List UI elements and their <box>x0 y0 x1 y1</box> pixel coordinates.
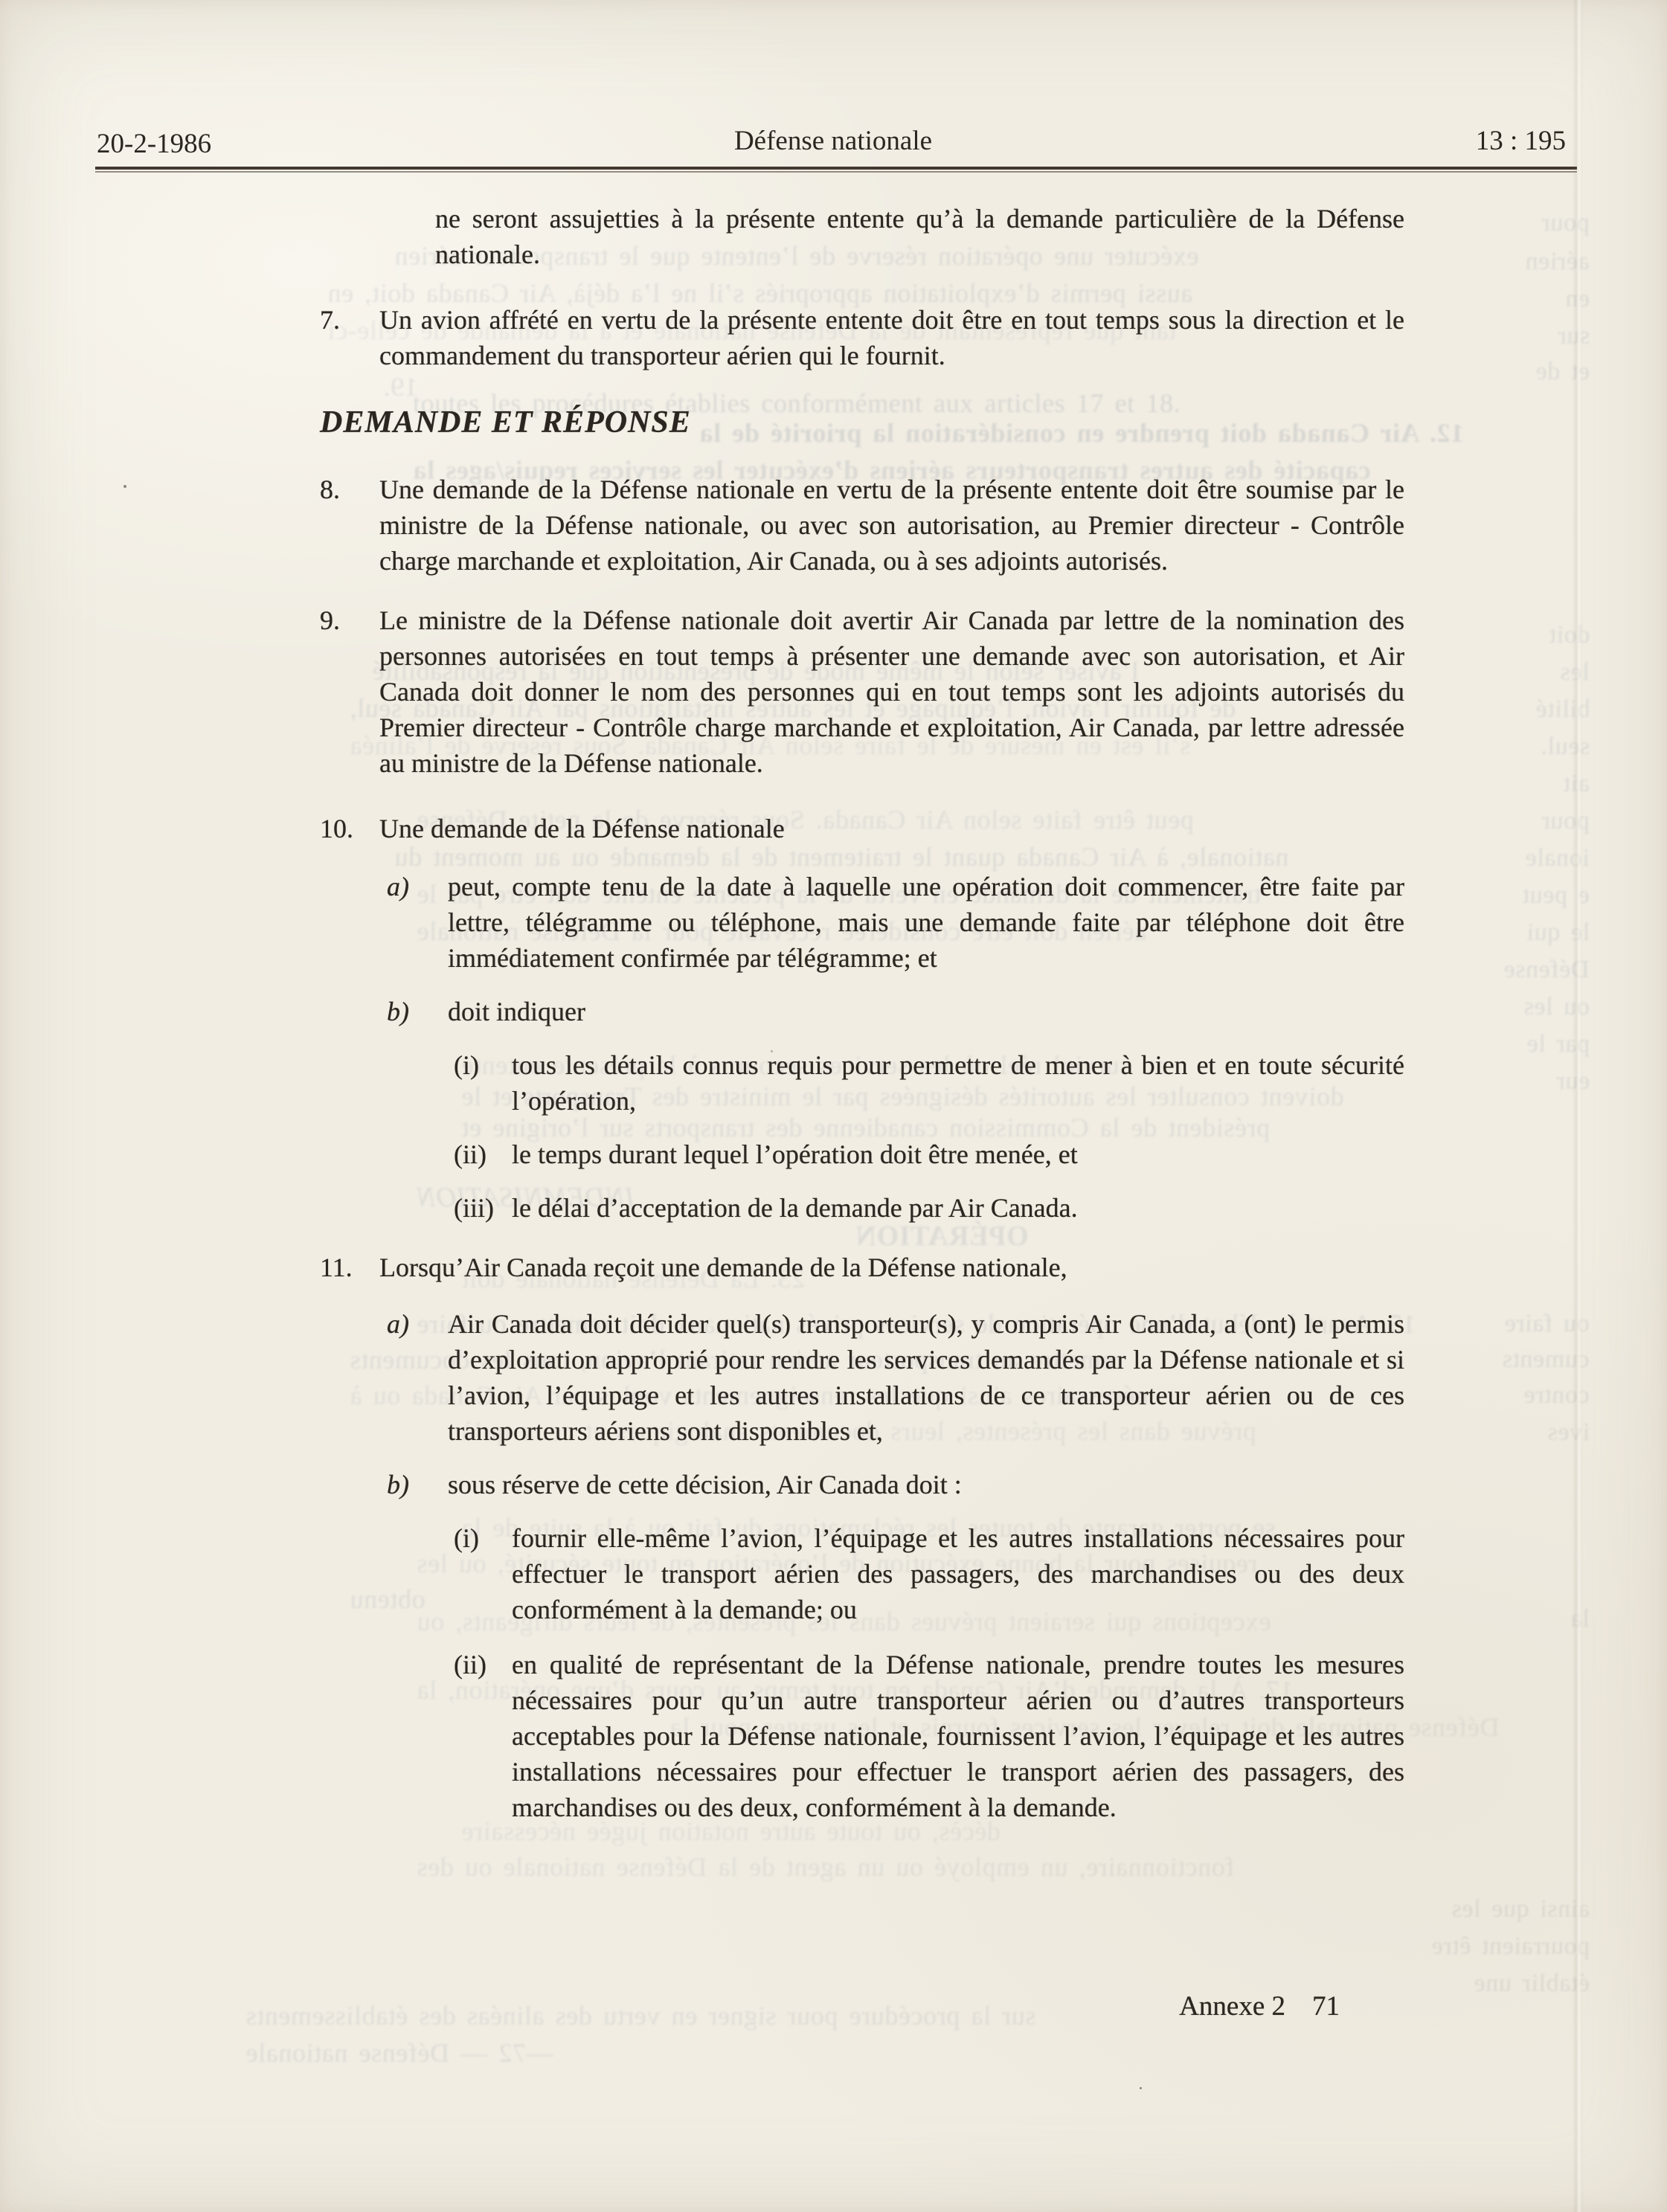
paragraph-text: Un avion affrété en vertu de la présente… <box>379 302 1404 373</box>
clause-marker: b) <box>387 1467 448 1502</box>
paragraph-10: 10. Une demande de la Défense nationale <box>320 811 1404 846</box>
clause-marker: (i) <box>454 1047 512 1119</box>
paragraph-8: 8. Une demande de la Défense nationale e… <box>320 472 1404 579</box>
header-rule <box>95 167 1577 174</box>
clause-text: Air Canada doit décider quel(s) transpor… <box>448 1306 1404 1449</box>
clause-text: fournir elle-même l’avion, l’équipage et… <box>512 1520 1404 1627</box>
clause-text: tous les détails connus requis pour perm… <box>512 1047 1404 1119</box>
clause-text: sous réserve de cette décision, Air Cana… <box>448 1467 1404 1502</box>
clause-text: le temps durant lequel l’opération doit … <box>512 1136 1404 1172</box>
paragraph-number: 9. <box>320 602 379 781</box>
clause-marker: (ii) <box>454 1647 512 1825</box>
clause-text: doit indiquer <box>448 994 1404 1029</box>
clause-marker: (ii) <box>454 1136 512 1172</box>
printed-page-layer: 20-2-1986 Défense nationale 13 : 195 ne … <box>0 0 1667 2212</box>
clause-10b-i: (i) tous les détails connus requis pour … <box>454 1047 1404 1119</box>
clause-marker: a) <box>387 869 448 976</box>
clause-text: le délai d’acceptation de la demande par… <box>512 1190 1404 1226</box>
scanned-document-page: exécuter une opération réserve de l’ente… <box>0 0 1667 2212</box>
paragraph-number: 10. <box>320 811 379 846</box>
paragraph-text: Lorsqu’Air Canada reçoit une demande de … <box>379 1250 1404 1285</box>
page-number: 71 <box>1312 1990 1340 2022</box>
clause-text: peut, compte tenu de la date à laquelle … <box>448 869 1404 976</box>
paragraph-9: 9. Le ministre de la Défense nationale d… <box>320 602 1404 781</box>
paragraph-number: 7. <box>320 302 379 373</box>
clause-marker: (i) <box>454 1520 512 1627</box>
paragraph-number: 8. <box>320 472 379 579</box>
clause-text: en qualité de représentant de la Défense… <box>512 1647 1404 1825</box>
clause-marker: a) <box>387 1306 448 1449</box>
clause-11b-i: (i) fournir elle-même l’avion, l’équipag… <box>454 1520 1404 1627</box>
paragraph-text: Le ministre de la Défense nationale doit… <box>379 602 1404 781</box>
paragraph-7: 7. Un avion affrété en vertu de la prése… <box>320 302 1404 373</box>
paragraph-text: ne seront assujetties à la présente ente… <box>435 201 1404 272</box>
section-heading: DEMANDE ET RÉPONSE <box>320 403 1404 442</box>
clause-10b-ii: (ii) le temps durant lequel l’opération … <box>454 1136 1404 1172</box>
paragraph-number: 11. <box>320 1250 379 1285</box>
document-body: ne seront assujetties à la présente ente… <box>320 201 1404 1825</box>
clause-10a: a) peut, compte tenu de la date à laquel… <box>387 869 1404 976</box>
clause-10b: b) doit indiquer <box>387 994 1404 1029</box>
header-folio-number: 13 : 195 <box>1476 125 1566 157</box>
clause-marker: b) <box>387 994 448 1029</box>
paragraph-text: Une demande de la Défense nationale en v… <box>379 472 1404 579</box>
clause-11a: a) Air Canada doit décider quel(s) trans… <box>387 1306 1404 1449</box>
clause-11b: b) sous réserve de cette décision, Air C… <box>387 1467 1404 1502</box>
page-title: Défense nationale <box>97 125 1570 157</box>
paragraph-continuation: ne seront assujetties à la présente ente… <box>320 201 1404 272</box>
clause-marker: (iii) <box>454 1190 512 1226</box>
annex-label: Annexe 2 <box>1179 1990 1285 2022</box>
page-footer: Annexe 2 71 <box>1179 1990 1340 2022</box>
paragraph-11: 11. Lorsqu’Air Canada reçoit une demande… <box>320 1250 1404 1285</box>
clause-10b-iii: (iii) le délai d’acceptation de la deman… <box>454 1190 1404 1226</box>
paragraph-text: Une demande de la Défense nationale <box>379 811 1404 846</box>
clause-11b-ii: (ii) en qualité de représentant de la Dé… <box>454 1647 1404 1825</box>
